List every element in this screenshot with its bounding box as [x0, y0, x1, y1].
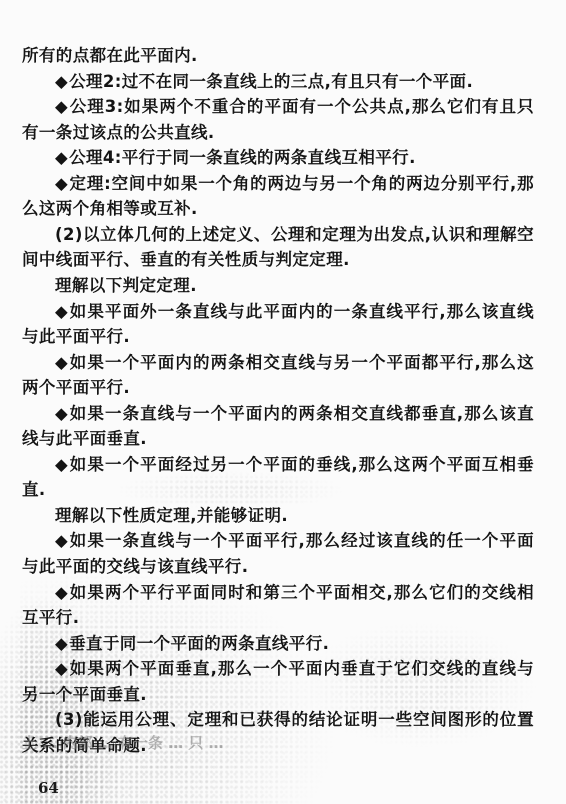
diamond-bullet-icon: ◆: [55, 302, 68, 322]
bullet-paragraph-line: ◆公理2:过不在同一条直线上的三点,有且只有一个平面.: [55, 72, 534, 92]
bullet-paragraph-line: ◆垂直于同一个平面的两条直线平行.: [55, 634, 534, 654]
paragraph-line: 间中线面平行、垂直的有关性质与判定定理.: [22, 250, 534, 270]
paragraph-line: 另一个平面垂直.: [22, 685, 534, 705]
line-text: 如果两个平行平面同时和第三个平面相交,那么它们的交线相: [69, 583, 534, 602]
line-text: 公理4:平行于同一条直线的两条直线互相平行.: [69, 148, 416, 167]
paragraph-line: 有一条过该点的公共直线.: [22, 123, 534, 143]
diamond-bullet-icon: ◆: [55, 455, 68, 475]
bullet-paragraph-line: ◆公理3:如果两个不重合的平面有一个公共点,那么它们有且只: [55, 97, 534, 117]
scanned-page: 所有的点都在此平面内.◆公理2:过不在同一条直线上的三点,有且只有一个平面.◆公…: [0, 0, 566, 804]
line-text: 所有的点都在此平面内.: [22, 46, 198, 65]
line-text: (3)能运用公理、定理和已获得的结论证明一些空间图形的位置: [55, 710, 534, 729]
line-text: 两个平面平行.: [22, 378, 130, 397]
diamond-bullet-icon: ◆: [55, 174, 68, 194]
line-text: 定理:空间中如果一个角的两边与另一个角的两边分别平行,那: [69, 174, 534, 193]
line-text: 如果一个平面内的两条相交直线与另一个平面都平行,那么这: [69, 353, 534, 372]
bullet-paragraph-line: ◆如果两个平面垂直,那么一个平面内垂直于它们交线的直线与: [55, 659, 534, 679]
paragraph-line: 两个平面平行.: [22, 378, 534, 398]
line-text: 公理3:如果两个不重合的平面有一个公共点,那么它们有且只: [69, 97, 534, 116]
line-text: 如果两个平面垂直,那么一个平面内垂直于它们交线的直线与: [69, 659, 534, 678]
line-text: 么这两个角相等或互补.: [22, 199, 198, 218]
paragraph-line: 直.: [22, 480, 534, 500]
bullet-paragraph-line: ◆如果平面外一条直线与此平面内的一条直线平行,那么该直线: [55, 302, 534, 322]
line-text: (2)以立体几何的上述定义、公理和定理为出发点,认识和理解空: [55, 225, 534, 244]
bullet-paragraph-line: ◆如果一条直线与一个平面内的两条相交直线都垂直,那么该直: [55, 404, 534, 424]
line-text: 如果一条直线与一个平面平行,那么经过该直线的任一个平面: [69, 531, 534, 550]
bullet-paragraph-line: ◆公理4:平行于同一条直线的两条直线互相平行.: [55, 148, 534, 168]
line-text: 有一条过该点的公共直线.: [22, 123, 215, 142]
paragraph-line: (2)以立体几何的上述定义、公理和定理为出发点,认识和理解空: [55, 225, 534, 245]
page-number: 64: [38, 779, 59, 797]
line-text: 理解以下判定定理.: [55, 276, 197, 295]
line-text: 与此平面平行.: [22, 327, 130, 346]
paragraph-line: 与此平面平行.: [22, 327, 534, 347]
line-text: 线与此平面垂直.: [22, 429, 147, 448]
line-text: 与此平面的交线与该直线平行.: [22, 557, 248, 576]
bleed-through-text: 上 … 内部 … 有一条 … 只 …: [22, 734, 442, 752]
line-text: 公理2:过不在同一条直线上的三点,有且只有一个平面.: [69, 72, 473, 91]
diamond-bullet-icon: ◆: [55, 404, 68, 424]
paragraph-line: 线与此平面垂直.: [22, 429, 534, 449]
paragraph-line: 与此平面的交线与该直线平行.: [22, 557, 534, 577]
line-text: 如果平面外一条直线与此平面内的一条直线平行,那么该直线: [69, 302, 534, 321]
line-text: 间中线面平行、垂直的有关性质与判定定理.: [22, 250, 350, 269]
line-text: 理解以下性质定理,并能够证明.: [55, 506, 288, 525]
diamond-bullet-icon: ◆: [55, 531, 68, 551]
line-text: 互平行.: [22, 608, 79, 627]
paragraph-line: 所有的点都在此平面内.: [22, 46, 534, 66]
line-text: 如果一条直线与一个平面内的两条相交直线都垂直,那么该直: [69, 404, 534, 423]
diamond-bullet-icon: ◆: [55, 634, 68, 654]
bullet-paragraph-line: ◆如果一条直线与一个平面平行,那么经过该直线的任一个平面: [55, 531, 534, 551]
bullet-paragraph-line: ◆定理:空间中如果一个角的两边与另一个角的两边分别平行,那: [55, 174, 534, 194]
paragraph-line: 理解以下性质定理,并能够证明.: [55, 506, 534, 526]
diamond-bullet-icon: ◆: [55, 583, 68, 603]
bullet-paragraph-line: ◆如果一个平面内的两条相交直线与另一个平面都平行,那么这: [55, 353, 534, 373]
paragraph-line: 么这两个角相等或互补.: [22, 199, 534, 219]
diamond-bullet-icon: ◆: [55, 148, 68, 168]
diamond-bullet-icon: ◆: [55, 72, 68, 92]
paragraph-line: (3)能运用公理、定理和已获得的结论证明一些空间图形的位置: [55, 710, 534, 730]
diamond-bullet-icon: ◆: [55, 97, 68, 117]
diamond-bullet-icon: ◆: [55, 353, 68, 373]
paragraph-line: 理解以下判定定理.: [55, 276, 534, 296]
line-text: 垂直于同一个平面的两条直线平行.: [69, 634, 329, 653]
line-text: 另一个平面垂直.: [22, 685, 147, 704]
line-text: 如果一个平面经过另一个平面的垂线,那么这两个平面互相垂: [69, 455, 534, 474]
bullet-paragraph-line: ◆如果两个平行平面同时和第三个平面相交,那么它们的交线相: [55, 583, 534, 603]
line-text: 直.: [22, 480, 46, 499]
diamond-bullet-icon: ◆: [55, 659, 68, 679]
paragraph-line: 互平行.: [22, 608, 534, 628]
bullet-paragraph-line: ◆如果一个平面经过另一个平面的垂线,那么这两个平面互相垂: [55, 455, 534, 475]
